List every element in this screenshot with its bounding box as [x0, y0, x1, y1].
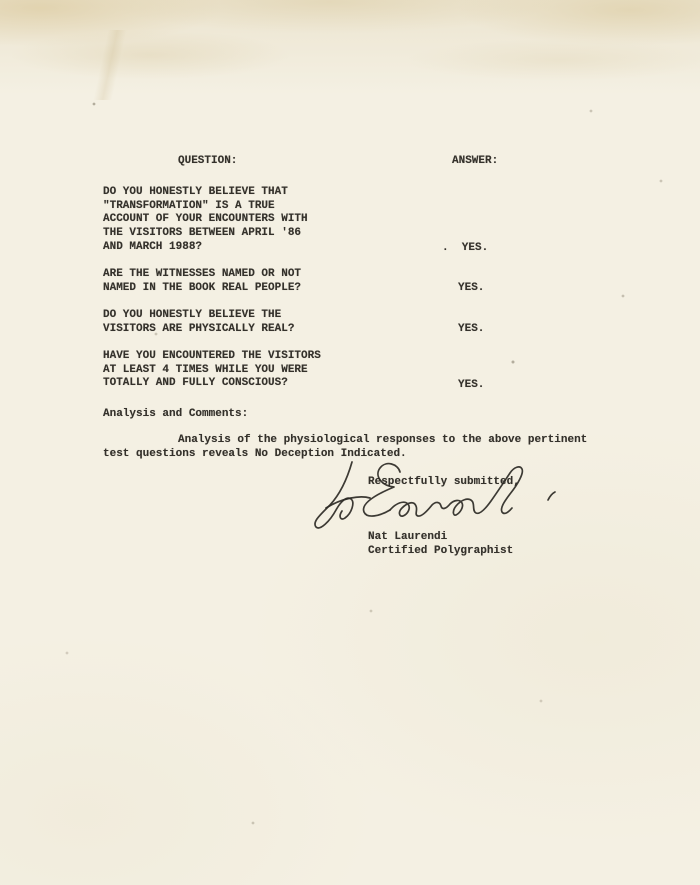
question-text-1: DO YOU HONESTLY BELIEVE THAT "TRANSFORMA…: [103, 186, 308, 255]
question-text-4: HAVE YOU ENCOUNTERED THE VISITORS AT LEA…: [103, 350, 321, 391]
answer-text-1: . YES.: [442, 242, 488, 256]
paper-specks: [0, 0, 2, 2]
signer-name: Nat Laurendi: [368, 531, 447, 545]
answer-text-2: YES.: [458, 282, 484, 296]
analysis-heading: Analysis and Comments:: [103, 408, 248, 422]
question-text-2: ARE THE WITNESSES NAMED OR NOT NAMED IN …: [103, 268, 301, 295]
answer-text-3: YES.: [458, 323, 484, 337]
signer-title: Certified Polygraphist: [368, 545, 513, 559]
paper-crease: [0, 30, 220, 100]
question-column-header: QUESTION:: [178, 155, 237, 169]
scanned-document-page: QUESTION: ANSWER: DO YOU HONESTLY BELIEV…: [0, 0, 700, 885]
answer-column-header: ANSWER:: [452, 155, 498, 169]
answer-text-4: YES.: [458, 379, 484, 393]
question-text-3: DO YOU HONESTLY BELIEVE THE VISITORS ARE…: [103, 309, 294, 336]
